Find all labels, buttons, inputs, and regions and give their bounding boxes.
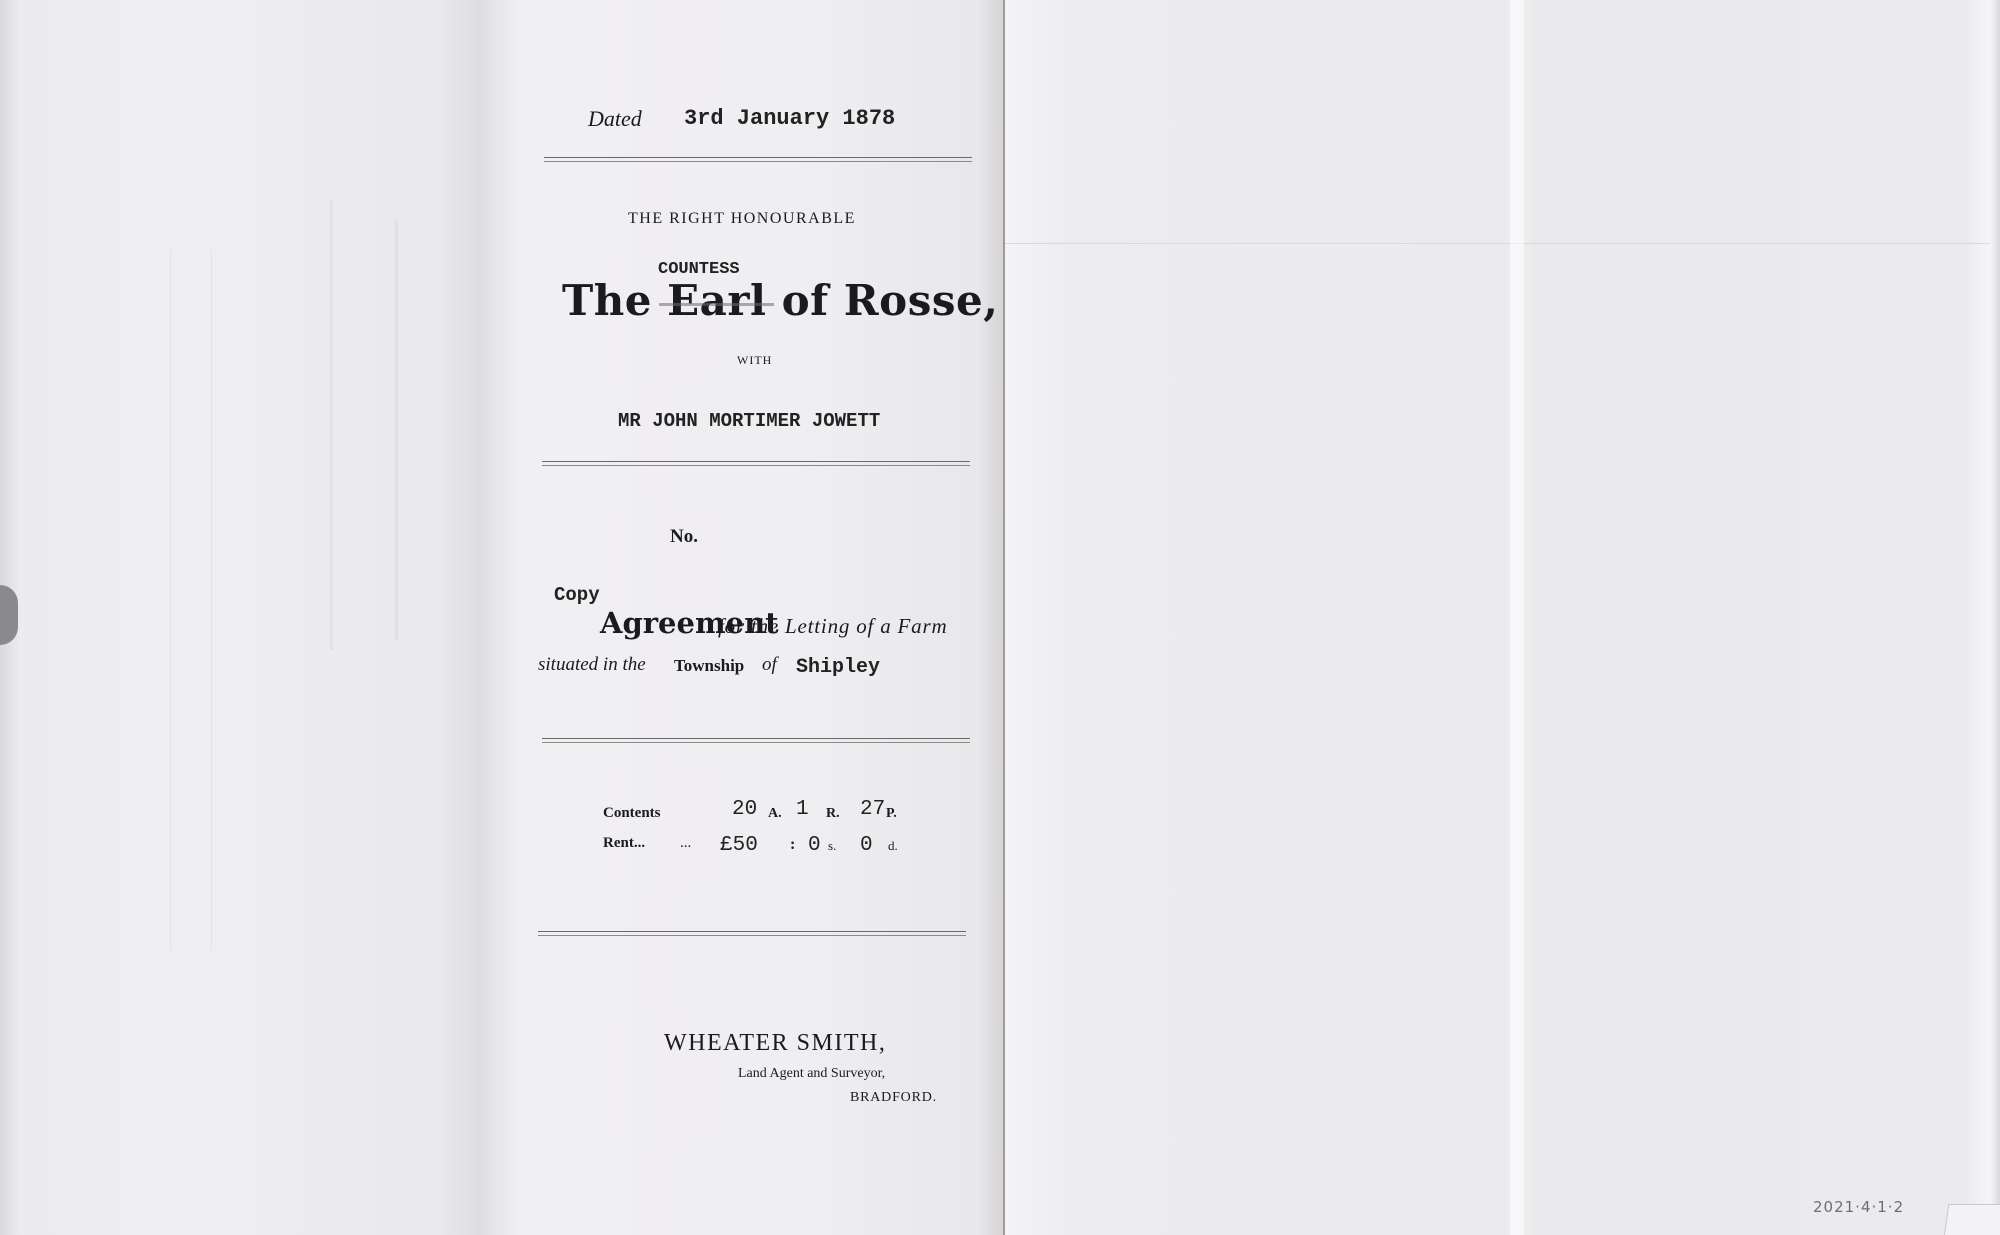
roods-unit: R. (826, 806, 840, 822)
acres-value: 20 (732, 798, 757, 821)
divider-rule (538, 931, 966, 936)
vertical-fold-line (1510, 0, 1524, 1235)
rent-dots: ... (680, 835, 691, 852)
agent-name: WHEATER SMITH, (664, 1030, 886, 1057)
shillings-unit: s. (828, 838, 836, 854)
rent-label: Rent... (603, 835, 645, 852)
rent-separator: : (790, 836, 795, 854)
folded-corner (1944, 1204, 2000, 1235)
horizontal-fold-line (1005, 243, 1990, 244)
divider-rule (544, 157, 972, 162)
number-label: No. (670, 526, 698, 548)
acres-unit: A. (768, 806, 782, 822)
rent-pounds: £50 (720, 834, 758, 857)
title-prefix: The (562, 276, 652, 325)
roods-value: 1 (796, 798, 809, 821)
contents-label: Contents (603, 805, 661, 822)
dated-value: 3rd January 1878 (684, 106, 895, 131)
township-value: Shipley (796, 656, 880, 679)
copy-mark: Copy (554, 584, 600, 606)
divider-rule (542, 461, 970, 466)
divider-rule (542, 738, 970, 743)
agent-place: BRADFORD. (850, 1090, 937, 1106)
title-suffix: of Rosse, (782, 276, 999, 325)
accession-number: 2021·4·1·2 (1813, 1198, 1904, 1216)
first-party-title: The Earl of Rosse, (562, 276, 998, 325)
title-struck-earl: Earl (667, 276, 766, 325)
left-panel-back-cover (0, 0, 498, 1235)
honorific: THE RIGHT HONOURABLE (628, 210, 856, 228)
show-through-column (395, 220, 398, 640)
rent-pence: 0 (860, 834, 873, 857)
township-label: Township (674, 656, 744, 676)
perches-unit: P. (886, 806, 897, 822)
rent-shillings: 0 (808, 834, 821, 857)
torn-edge (0, 585, 18, 645)
perches-value: 27 (860, 798, 885, 821)
pence-unit: d. (888, 838, 898, 854)
right-panel-blank (1005, 0, 2000, 1235)
of-label: of (762, 654, 777, 676)
dated-label: Dated (588, 106, 642, 132)
show-through-column (330, 200, 333, 650)
situated-label: situated in the (538, 654, 646, 676)
show-through-text-column (170, 250, 212, 950)
second-party: MR JOHN MORTIMER JOWETT (618, 410, 880, 432)
agreement-description: for the Letting of a Farm (718, 614, 947, 639)
conjunction-with: WITH (737, 353, 772, 368)
agent-role: Land Agent and Surveyor, (738, 1066, 885, 1082)
